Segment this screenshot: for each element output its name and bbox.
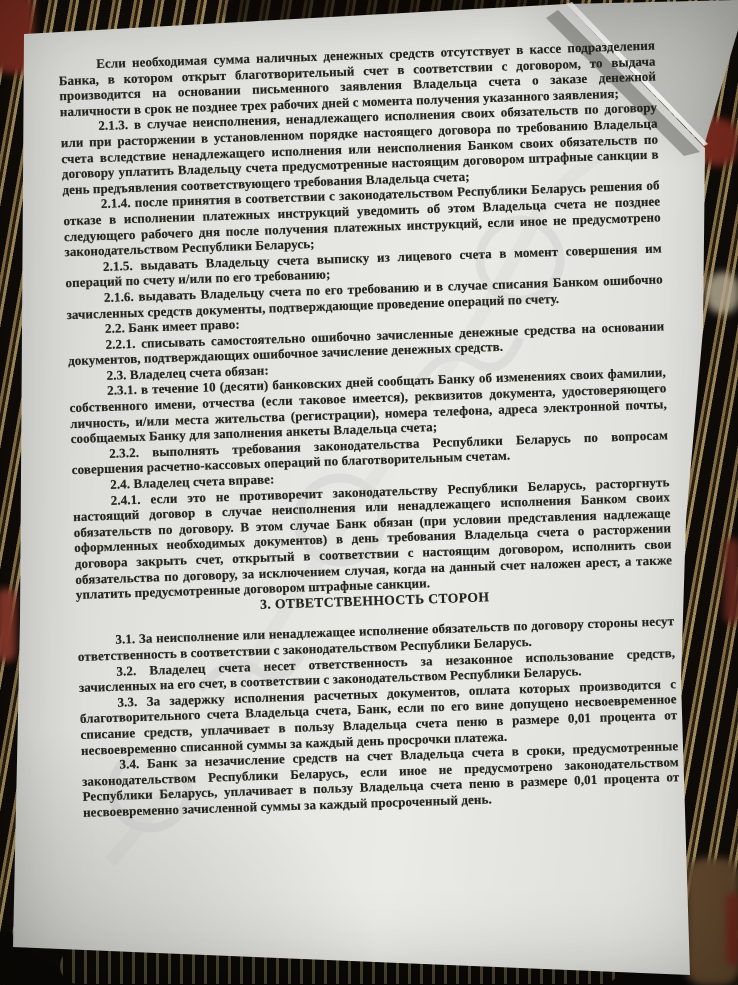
- fabric-red-patch-bottom-right: [727, 893, 738, 965]
- document-text: Если необходимая сумма наличных денежных…: [58, 38, 680, 821]
- fabric-red-patch-right-lower: [724, 538, 738, 624]
- paragraph: 2.4.1. если это не противоречит законода…: [72, 474, 672, 603]
- fabric-cream-patch-right: [706, 272, 738, 314]
- section-3-paragraphs: 3.1. За неисполнение или ненадлежащее ис…: [77, 614, 680, 821]
- fabric-red-patch-left: [0, 588, 16, 662]
- photo-of-document: Если необходимая сумма наличных денежных…: [0, 0, 738, 985]
- section-2-paragraphs: Если необходимая сумма наличных денежных…: [58, 38, 673, 603]
